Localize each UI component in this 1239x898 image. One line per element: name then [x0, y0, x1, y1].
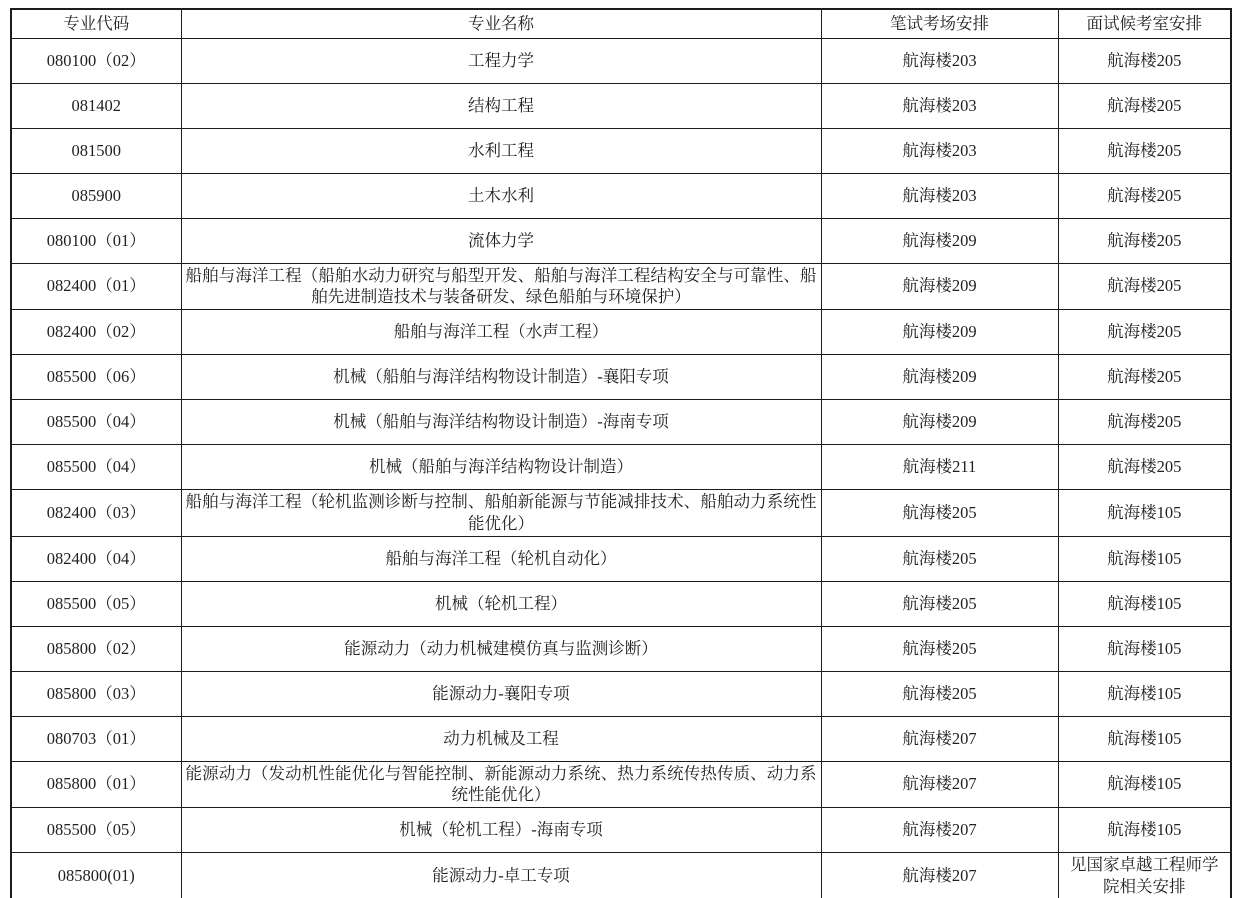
table-row: 085500（04） 机械（船舶与海洋结构物设计制造） 航海楼211 航海楼20…: [11, 445, 1231, 490]
column-header-interview-waiting-room: 面试候考室安排: [1058, 9, 1231, 38]
major-name-cell: 机械（船舶与海洋结构物设计制造）: [181, 445, 821, 490]
interview-waiting-room-cell: 航海楼105: [1058, 761, 1231, 808]
table-row: 080703（01） 动力机械及工程 航海楼207 航海楼105: [11, 716, 1231, 761]
table-row: 085500（05） 机械（轮机工程） 航海楼205 航海楼105: [11, 581, 1231, 626]
interview-waiting-room-cell: 航海楼105: [1058, 626, 1231, 671]
major-name-cell: 工程力学: [181, 38, 821, 83]
major-code-cell: 085500（05）: [11, 581, 181, 626]
table-row: 080100（02） 工程力学 航海楼203 航海楼205: [11, 38, 1231, 83]
major-code-cell: 081500: [11, 128, 181, 173]
major-name-cell: 水利工程: [181, 128, 821, 173]
major-name-cell: 机械（船舶与海洋结构物设计制造）-海南专项: [181, 400, 821, 445]
interview-waiting-room-cell: 航海楼205: [1058, 218, 1231, 263]
major-code-cell: 085900: [11, 173, 181, 218]
major-name-cell: 能源动力（发动机性能优化与智能控制、新能源动力系统、热力系统传热传质、动力系统性…: [181, 761, 821, 808]
column-header-written-exam-room: 笔试考场安排: [821, 9, 1058, 38]
written-exam-room-cell: 航海楼207: [821, 761, 1058, 808]
major-name-cell: 机械（轮机工程）: [181, 581, 821, 626]
major-code-cell: 080100（01）: [11, 218, 181, 263]
interview-waiting-room-cell: 航海楼205: [1058, 400, 1231, 445]
major-name-cell: 能源动力-襄阳专项: [181, 671, 821, 716]
major-code-cell: 082400（02）: [11, 310, 181, 355]
table-row: 085800(01) 能源动力-卓工专项 航海楼207 见国家卓越工程师学院相关…: [11, 853, 1231, 898]
major-code-cell: 085800（02）: [11, 626, 181, 671]
written-exam-room-cell: 航海楼209: [821, 355, 1058, 400]
table-row: 081500 水利工程 航海楼203 航海楼205: [11, 128, 1231, 173]
interview-waiting-room-cell: 航海楼205: [1058, 128, 1231, 173]
table-row: 085800（01） 能源动力（发动机性能优化与智能控制、新能源动力系统、热力系…: [11, 761, 1231, 808]
interview-waiting-room-cell: 航海楼105: [1058, 671, 1231, 716]
major-code-cell: 081402: [11, 83, 181, 128]
written-exam-room-cell: 航海楼205: [821, 581, 1058, 626]
major-code-cell: 085800（01）: [11, 761, 181, 808]
header-row: 专业代码 专业名称 笔试考场安排 面试候考室安排: [11, 9, 1231, 38]
interview-waiting-room-cell: 航海楼205: [1058, 445, 1231, 490]
written-exam-room-cell: 航海楼205: [821, 671, 1058, 716]
interview-waiting-room-cell: 航海楼205: [1058, 263, 1231, 310]
major-name-cell: 能源动力（动力机械建模仿真与监测诊断）: [181, 626, 821, 671]
major-name-cell: 船舶与海洋工程（轮机自动化）: [181, 536, 821, 581]
major-name-cell: 机械（船舶与海洋结构物设计制造）-襄阳专项: [181, 355, 821, 400]
interview-waiting-room-cell: 航海楼205: [1058, 38, 1231, 83]
major-code-cell: 080703（01）: [11, 716, 181, 761]
written-exam-room-cell: 航海楼209: [821, 400, 1058, 445]
major-code-cell: 080100（02）: [11, 38, 181, 83]
table-row: 081402 结构工程 航海楼203 航海楼205: [11, 83, 1231, 128]
interview-waiting-room-cell: 航海楼105: [1058, 808, 1231, 853]
interview-waiting-room-cell: 航海楼205: [1058, 310, 1231, 355]
table-row: 082400（03） 船舶与海洋工程（轮机监测诊断与控制、船舶新能源与节能减排技…: [11, 490, 1231, 537]
interview-waiting-room-cell: 航海楼105: [1058, 716, 1231, 761]
written-exam-room-cell: 航海楼205: [821, 490, 1058, 537]
major-name-cell: 动力机械及工程: [181, 716, 821, 761]
major-name-cell: 能源动力-卓工专项: [181, 853, 821, 898]
written-exam-room-cell: 航海楼211: [821, 445, 1058, 490]
major-name-cell: 流体力学: [181, 218, 821, 263]
major-name-cell: 结构工程: [181, 83, 821, 128]
written-exam-room-cell: 航海楼205: [821, 536, 1058, 581]
exam-arrangement-table: 专业代码 专业名称 笔试考场安排 面试候考室安排 080100（02） 工程力学…: [10, 8, 1232, 898]
major-name-cell: 机械（轮机工程）-海南专项: [181, 808, 821, 853]
table-row: 080100（01） 流体力学 航海楼209 航海楼205: [11, 218, 1231, 263]
interview-waiting-room-cell: 航海楼105: [1058, 581, 1231, 626]
major-code-cell: 085800(01): [11, 853, 181, 898]
major-code-cell: 085800（03）: [11, 671, 181, 716]
table-row: 085800（02） 能源动力（动力机械建模仿真与监测诊断） 航海楼205 航海…: [11, 626, 1231, 671]
interview-waiting-room-cell: 航海楼105: [1058, 490, 1231, 537]
interview-waiting-room-cell: 航海楼205: [1058, 173, 1231, 218]
interview-waiting-room-cell: 见国家卓越工程师学院相关安排: [1058, 853, 1231, 898]
major-code-cell: 085500（04）: [11, 400, 181, 445]
major-name-cell: 土木水利: [181, 173, 821, 218]
table-row: 085500（04） 机械（船舶与海洋结构物设计制造）-海南专项 航海楼209 …: [11, 400, 1231, 445]
interview-waiting-room-cell: 航海楼105: [1058, 536, 1231, 581]
written-exam-room-cell: 航海楼203: [821, 173, 1058, 218]
written-exam-room-cell: 航海楼209: [821, 218, 1058, 263]
table-row: 082400（02） 船舶与海洋工程（水声工程） 航海楼209 航海楼205: [11, 310, 1231, 355]
major-code-cell: 085500（05）: [11, 808, 181, 853]
major-code-cell: 085500（04）: [11, 445, 181, 490]
written-exam-room-cell: 航海楼203: [821, 128, 1058, 173]
written-exam-room-cell: 航海楼209: [821, 263, 1058, 310]
table-row: 082400（01） 船舶与海洋工程（船舶水动力研究与船型开发、船舶与海洋工程结…: [11, 263, 1231, 310]
written-exam-room-cell: 航海楼203: [821, 83, 1058, 128]
major-code-cell: 085500（06）: [11, 355, 181, 400]
written-exam-room-cell: 航海楼209: [821, 310, 1058, 355]
table-row: 085900 土木水利 航海楼203 航海楼205: [11, 173, 1231, 218]
written-exam-room-cell: 航海楼207: [821, 716, 1058, 761]
major-code-cell: 082400（01）: [11, 263, 181, 310]
major-name-cell: 船舶与海洋工程（轮机监测诊断与控制、船舶新能源与节能减排技术、船舶动力系统性能优…: [181, 490, 821, 537]
column-header-major-name: 专业名称: [181, 9, 821, 38]
major-name-cell: 船舶与海洋工程（水声工程）: [181, 310, 821, 355]
table-body: 080100（02） 工程力学 航海楼203 航海楼205 081402 结构工…: [11, 38, 1231, 898]
written-exam-room-cell: 航海楼207: [821, 808, 1058, 853]
table-row: 082400（04） 船舶与海洋工程（轮机自动化） 航海楼205 航海楼105: [11, 536, 1231, 581]
table-row: 085500（06） 机械（船舶与海洋结构物设计制造）-襄阳专项 航海楼209 …: [11, 355, 1231, 400]
interview-waiting-room-cell: 航海楼205: [1058, 355, 1231, 400]
written-exam-room-cell: 航海楼205: [821, 626, 1058, 671]
table-header: 专业代码 专业名称 笔试考场安排 面试候考室安排: [11, 9, 1231, 38]
written-exam-room-cell: 航海楼203: [821, 38, 1058, 83]
major-code-cell: 082400（03）: [11, 490, 181, 537]
written-exam-room-cell: 航海楼207: [821, 853, 1058, 898]
major-code-cell: 082400（04）: [11, 536, 181, 581]
table-row: 085500（05） 机械（轮机工程）-海南专项 航海楼207 航海楼105: [11, 808, 1231, 853]
column-header-major-code: 专业代码: [11, 9, 181, 38]
major-name-cell: 船舶与海洋工程（船舶水动力研究与船型开发、船舶与海洋工程结构安全与可靠性、船舶先…: [181, 263, 821, 310]
table-row: 085800（03） 能源动力-襄阳专项 航海楼205 航海楼105: [11, 671, 1231, 716]
interview-waiting-room-cell: 航海楼205: [1058, 83, 1231, 128]
